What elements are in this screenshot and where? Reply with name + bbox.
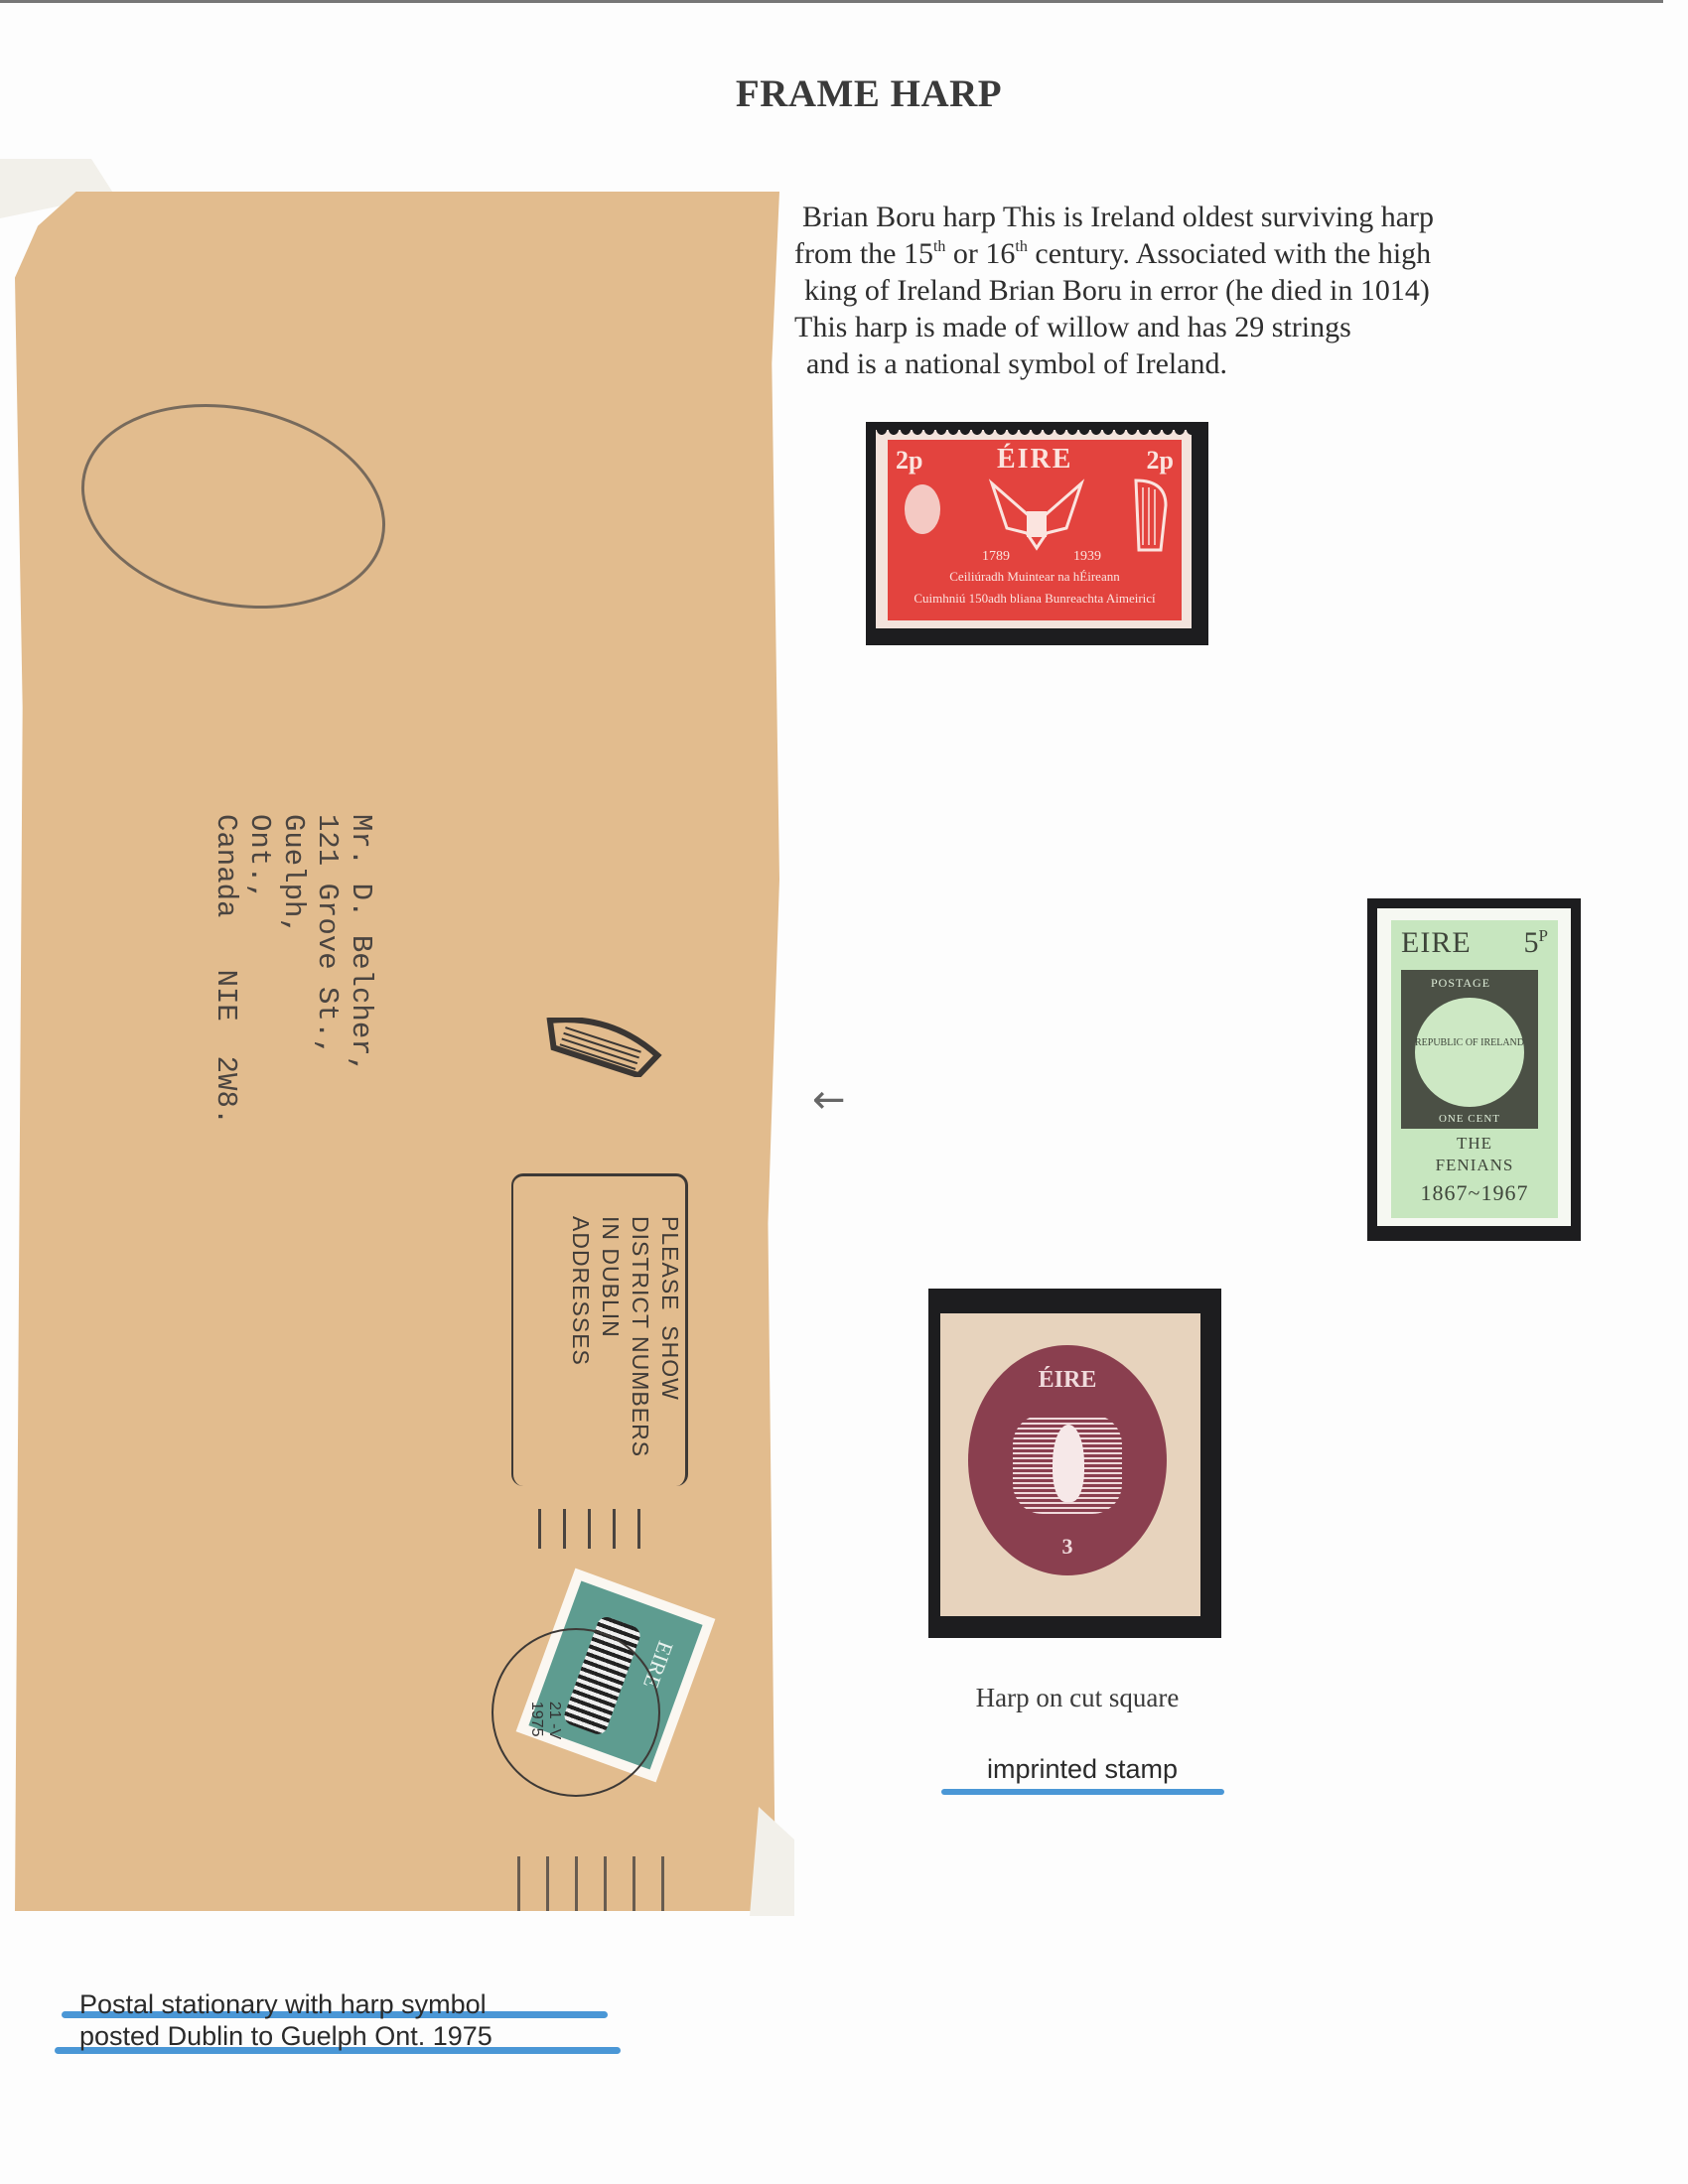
harp-icon [1131,476,1171,555]
postmark-circle [492,1628,660,1797]
stamp-design: EIRE 5P POSTAGE REPUBLIC OF IRELAND ONE … [1391,920,1558,1218]
washington-portrait-icon [898,479,947,549]
stamp-inscription: Ceiliúradh Muintear na hÉireann [896,569,1174,585]
harp-description: Brian Boru harp This is Ireland oldest s… [794,199,1549,382]
description-line: This harp is made of willow and has 29 s… [794,309,1549,345]
cut-square-imprinted-stamp: ÉIRE 3 [928,1289,1221,1638]
harp-icon [1053,1425,1084,1502]
harp-seal: REPUBLIC OF IRELAND [1415,998,1524,1107]
description-line: and is a national symbol of Ireland. [794,345,1549,382]
imprinted-stamp-caption: imprinted stamp [943,1754,1221,1785]
page-top-border [0,0,1663,3]
envelope-address: Mr. D. Belcher,121 Grove St.,Guelph,Ont.… [209,814,377,1125]
cut-square-caption: Harp on cut square [928,1683,1226,1713]
page-title: FRAME HARP [0,71,1688,116]
stamp-design: 2p ÉIRE 2p 17891939 Ceiliúradh Muintear … [888,440,1182,620]
postmark-date: 21 -V 1975 [527,1702,563,1739]
cut-square-paper: ÉIRE 3 [940,1313,1200,1616]
stamp-eire-1939-2p: 2p ÉIRE 2p 17891939 Ceiliúradh Muintear … [866,422,1208,645]
eagle-icon [987,474,1086,553]
stamp-country: ÉIRE [997,444,1072,476]
highlight-underline [941,1789,1224,1795]
harp-emblem-icon [536,1018,665,1077]
description-line: king of Ireland Brian Boru in error (he … [794,272,1549,309]
cancel-bars [492,1856,665,1911]
stamp-value: 2p [1147,446,1174,476]
imprinted-stamp-oval: ÉIRE 3 [968,1345,1167,1575]
envelope-caption: Postal stationary with harp symbolposted… [79,1988,492,2052]
stamp-inscription: Cuimhniú 150adh bliana Bunreachta Aimeir… [896,591,1174,607]
stamp-country: EIRE [1401,926,1472,960]
description-line: Brian Boru harp This is Ireland oldest s… [794,199,1549,235]
fenian-stamp-image: POSTAGE REPUBLIC OF IRELAND ONE CENT [1401,970,1538,1129]
stamp-value: 2p [896,446,922,476]
cancel-bars [516,1509,645,1549]
stamp-years: 17891939 [982,549,1101,565]
stamp-eire-fenians-5p: EIRE 5P POSTAGE REPUBLIC OF IRELAND ONE … [1367,898,1581,1241]
arrow-left-icon: ← [812,1077,846,1123]
slogan-cancel-text: PLEASE SHOWDISTRICT NUMBERSIN DUBLINADDR… [566,1216,685,1457]
description-line: from the 15th or 16th century. Associate… [794,235,1549,272]
stamp-value: 5P [1524,926,1548,960]
